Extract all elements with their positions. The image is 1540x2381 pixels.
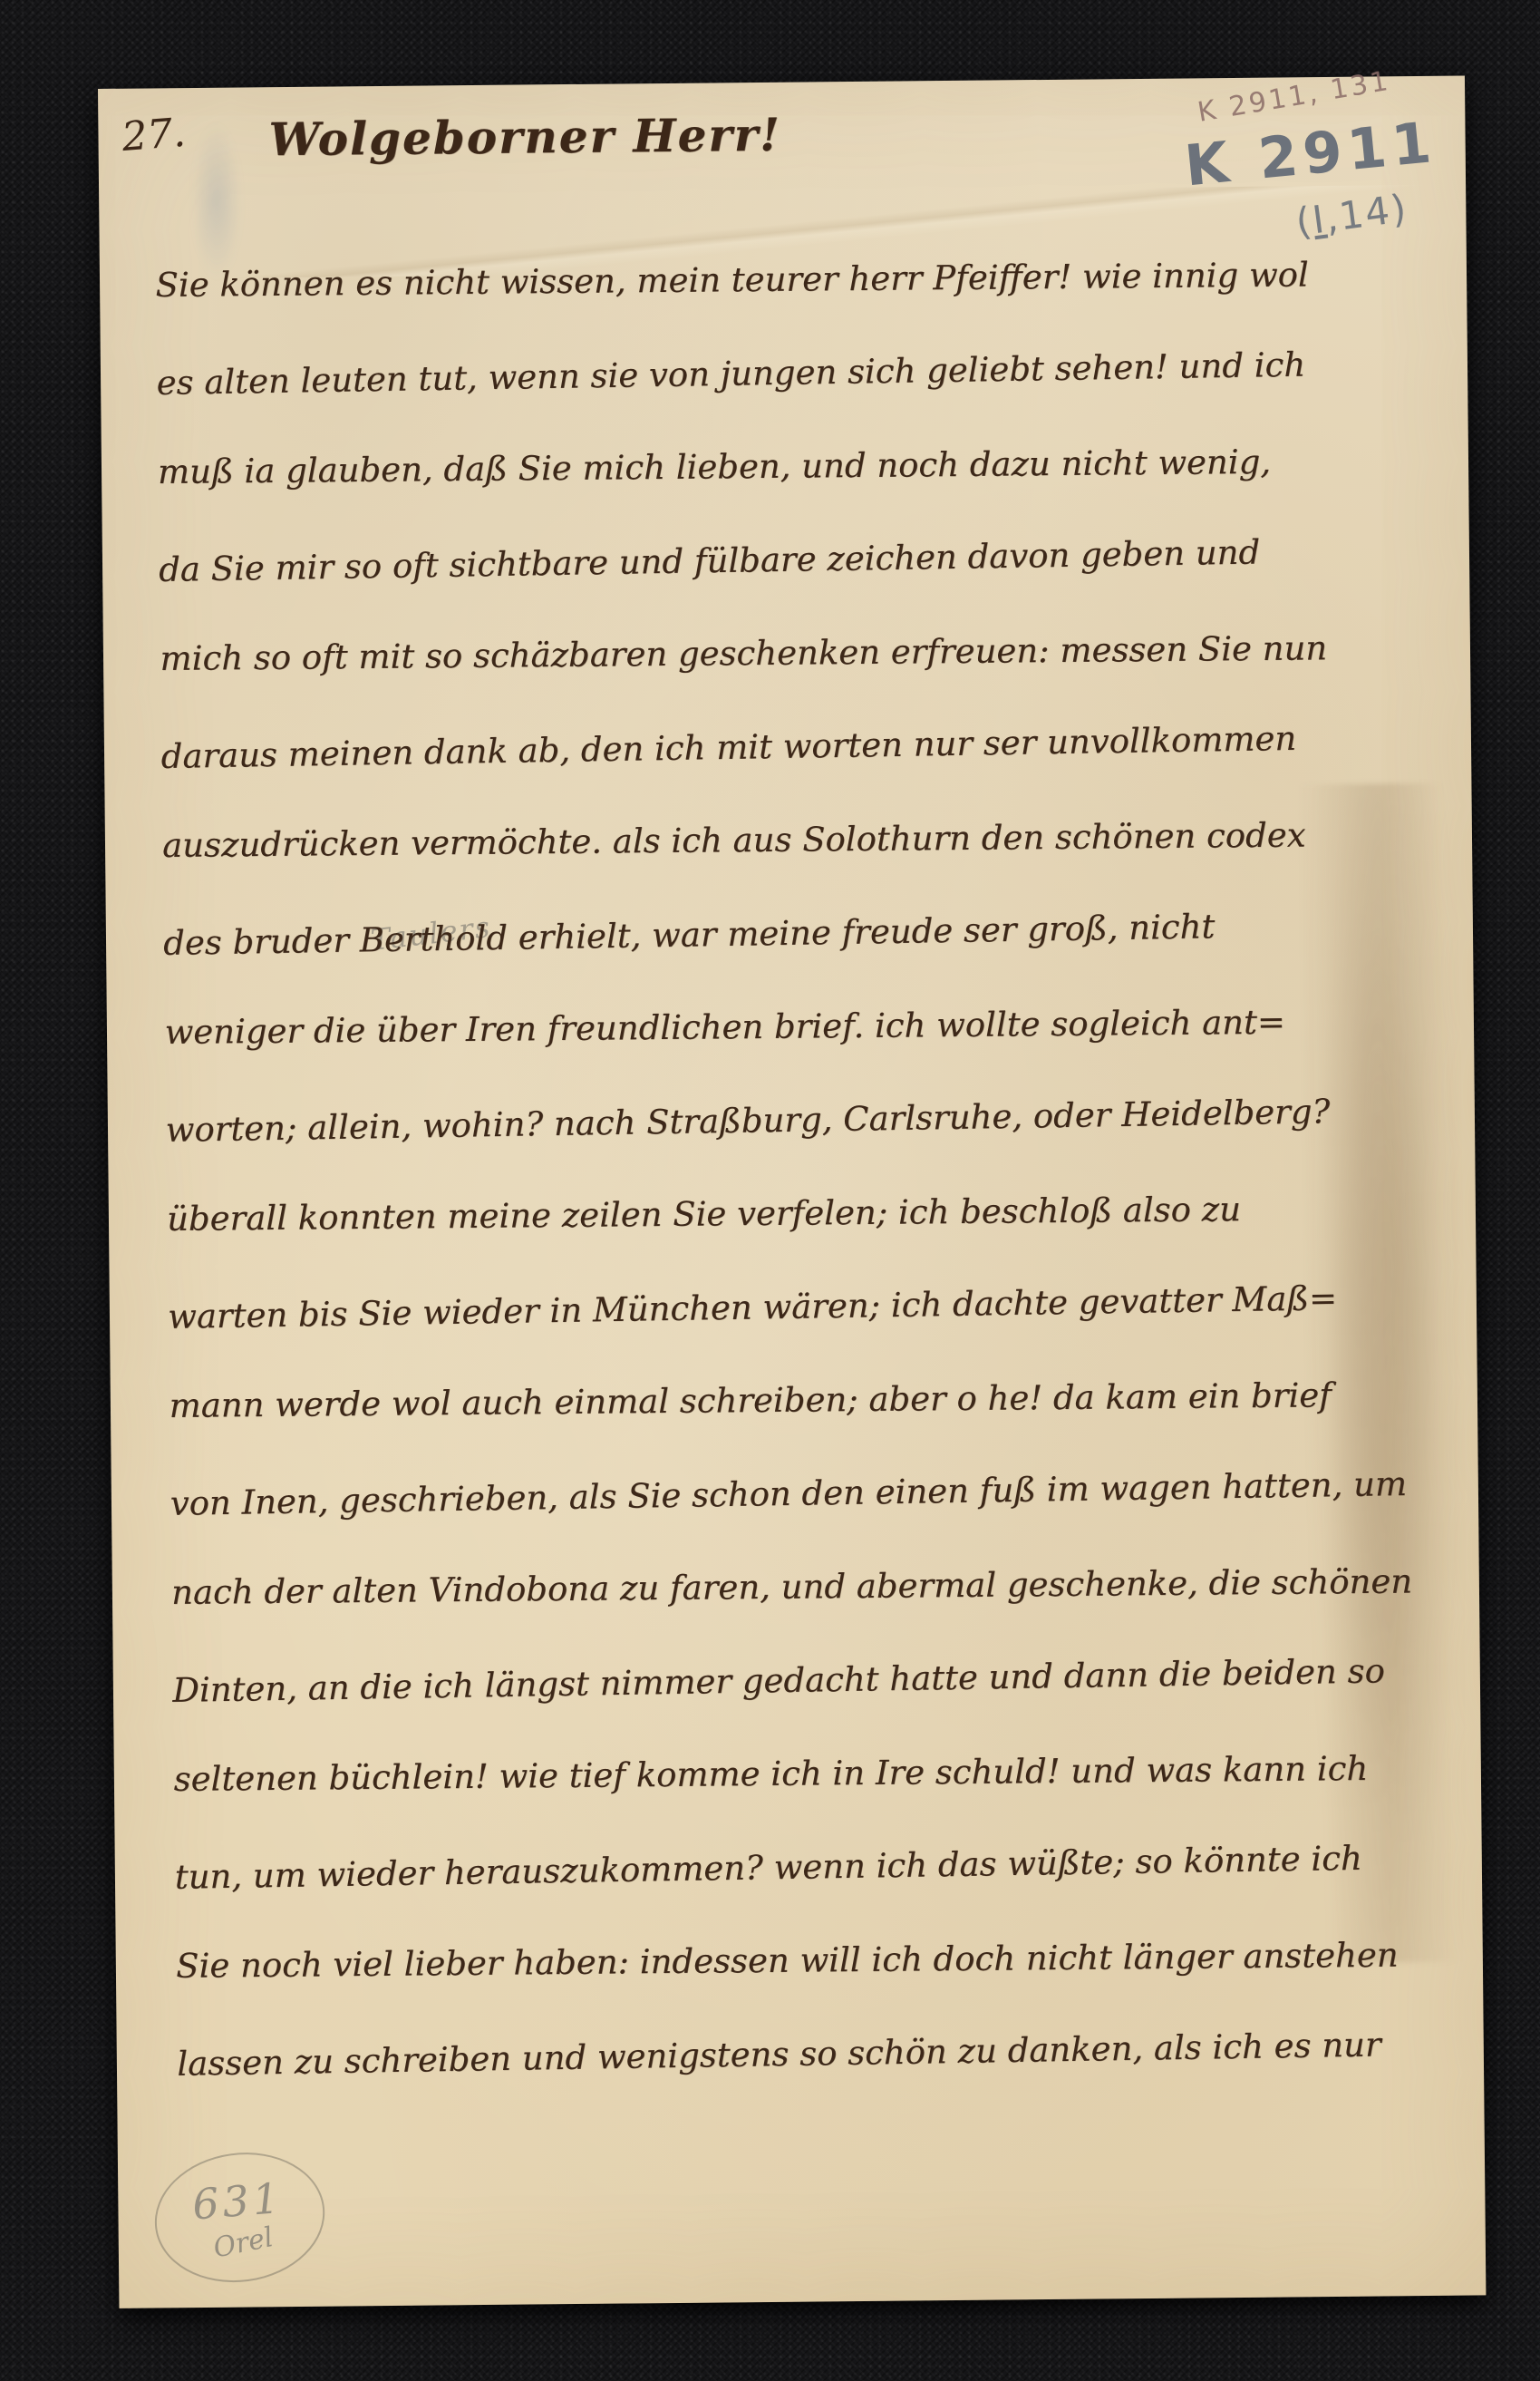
salutation: Wolgeborner Herr!: [268, 108, 781, 166]
page-number: 27.: [121, 110, 188, 160]
letter-line: seltenen büchlein! wie tief komme ich in…: [173, 1748, 1461, 1853]
ink-smudge: [189, 114, 245, 287]
letter-body: Sie können es nicht wissen, mein teurer …: [155, 252, 1465, 2135]
letter-line: von Inen, geschrieben, als Sie schon den…: [169, 1463, 1458, 1578]
volume-reference-rest: ,14: [1322, 188, 1394, 240]
letter-page: 27. Wolgeborner Herr! K 2911, 131 K 2911…: [98, 76, 1486, 2308]
letter-line: mann werde wol auch einmal schreiben; ab…: [169, 1375, 1457, 1480]
letter-line: daraus meinen dank ab, den ich mit worte…: [160, 716, 1448, 831]
letter-line: da Sie mir so oft sichtbare und fülbare …: [159, 530, 1447, 644]
letter-line: Sie noch viel lieber haben: indessen wil…: [176, 1935, 1464, 2040]
letter-line: worten; allein, wohin? nach Straßburg, C…: [165, 1090, 1453, 1204]
volume-reference: (I,14): [1293, 186, 1410, 245]
letter-line: des bruder Berthold erhielt, war meine f…: [163, 903, 1451, 1017]
letter-line: auszudrücken vermöchte. als ich aus Solo…: [162, 814, 1450, 919]
letter-line: weniger die über Iren freundlichen brief…: [164, 1001, 1452, 1106]
letter-line: mich so oft mit so schäzbaren geschenken…: [160, 627, 1448, 733]
letter-line: muß ia glauben, daß Sie mich lieben, und…: [158, 441, 1446, 546]
letter-line: nach der alten Vindobona zu faren, und a…: [171, 1561, 1459, 1667]
letter-line: tun, um wieder herauszukommen? wenn ich …: [174, 1837, 1462, 1951]
archive-stamp-text: Orel: [210, 2221, 276, 2265]
fabric-background: 27. Wolgeborner Herr! K 2911, 131 K 2911…: [0, 0, 1540, 2381]
archive-stamp-number: 631: [190, 2172, 285, 2229]
letter-line: warten bis Sie wieder in München wären; …: [168, 1277, 1456, 1391]
letter-line: lassen zu schreiben und wenigstens so sc…: [177, 2024, 1465, 2138]
letter-line: es alten leuten tut, wenn sie von jungen…: [156, 343, 1444, 457]
archive-stamp: 631 Orel: [147, 2143, 333, 2292]
letter-line: Sie können es nicht wissen, mein teurer …: [155, 254, 1443, 359]
letter-line: Dinten, an die ich längst nimmer gedacht…: [172, 1650, 1460, 1764]
letter-line: überall konnten meine zeilen Sie verfele…: [167, 1188, 1455, 1293]
